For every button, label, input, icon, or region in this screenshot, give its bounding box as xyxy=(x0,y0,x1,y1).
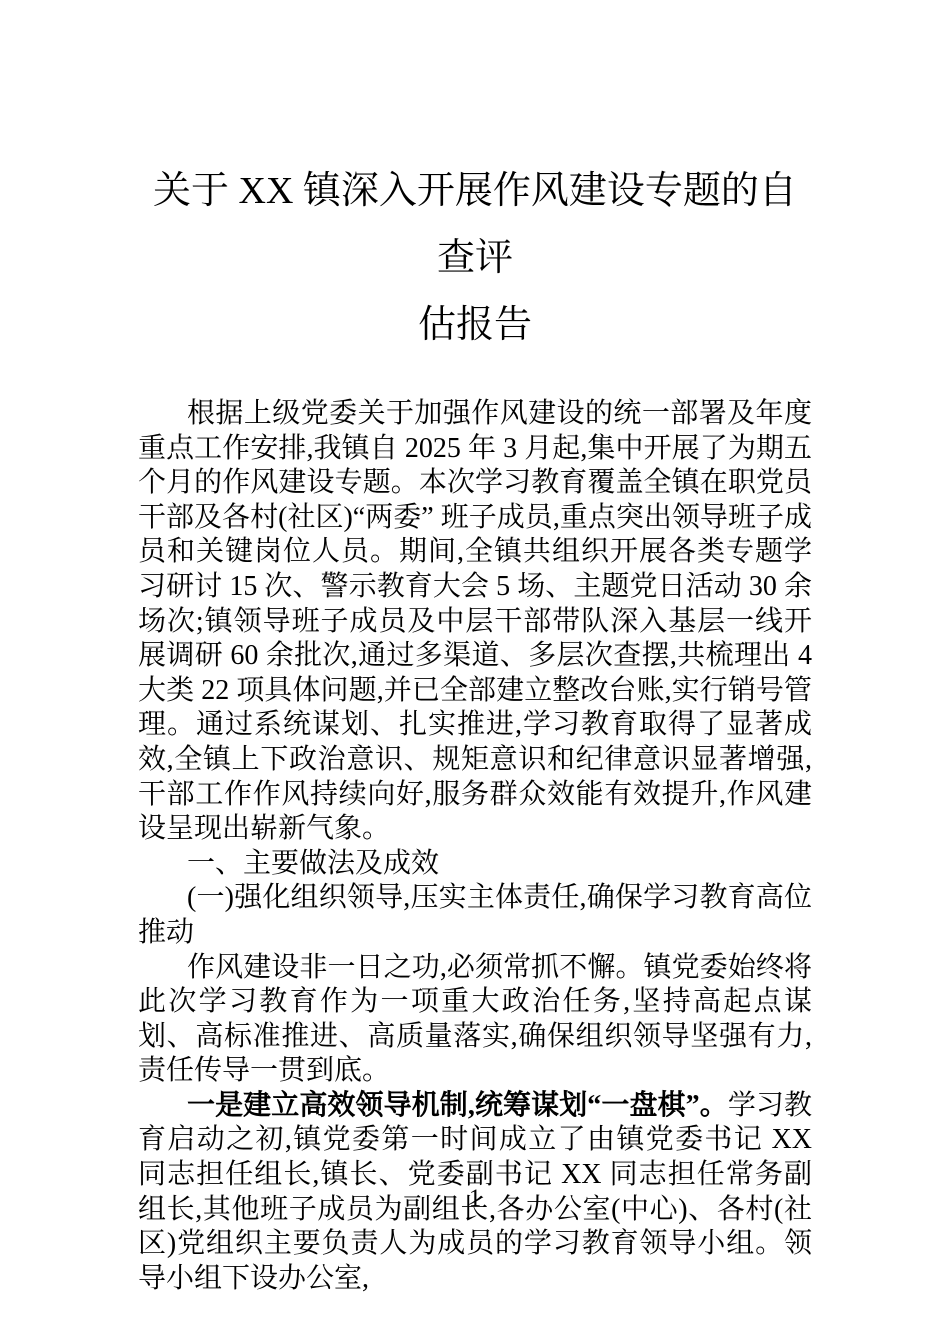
paragraph: 一、主要做法及成效 xyxy=(138,847,812,882)
body-text: 根据上级党委关于加强作风建设的统一部署及年度重点工作安排,我镇自 2025 年 … xyxy=(138,397,812,1296)
paragraph-run: 作风建设非一日之功,必须常抓不懈。镇党委始终将此次学习教育作为一项重大政治任务,… xyxy=(138,952,812,1087)
paragraph-run: 根据上级党委关于加强作风建设的统一部署及年度重点工作安排,我镇自 2025 年 … xyxy=(138,398,812,844)
document-title: 关于 XX 镇深入开展作风建设专题的自查评 估报告 xyxy=(138,0,812,359)
paragraph-run-bold: 一是建立高效领导机制,统筹谋划“一盘棋”。 xyxy=(187,1090,728,1121)
document-title-line-1: 关于 XX 镇深入开展作风建设专题的自查评 xyxy=(138,158,812,292)
document-page: 关于 XX 镇深入开展作风建设专题的自查评 估报告 根据上级党委关于加强作风建设… xyxy=(0,0,950,1344)
paragraph-run: 一、主要做法及成效 xyxy=(187,848,439,879)
page-number: 1 xyxy=(0,1184,950,1214)
paragraph: 根据上级党委关于加强作风建设的统一部署及年度重点工作安排,我镇自 2025 年 … xyxy=(138,397,812,847)
paragraph: 作风建设非一日之功,必须常抓不懈。镇党委始终将此次学习教育作为一项重大政治任务,… xyxy=(138,951,812,1089)
paragraph-run: (一)强化组织领导,压实主体责任,确保学习教育高位推动 xyxy=(138,882,812,948)
paragraph: (一)强化组织领导,压实主体责任,确保学习教育高位推动 xyxy=(138,881,812,950)
document-title-line-2: 估报告 xyxy=(138,292,812,359)
